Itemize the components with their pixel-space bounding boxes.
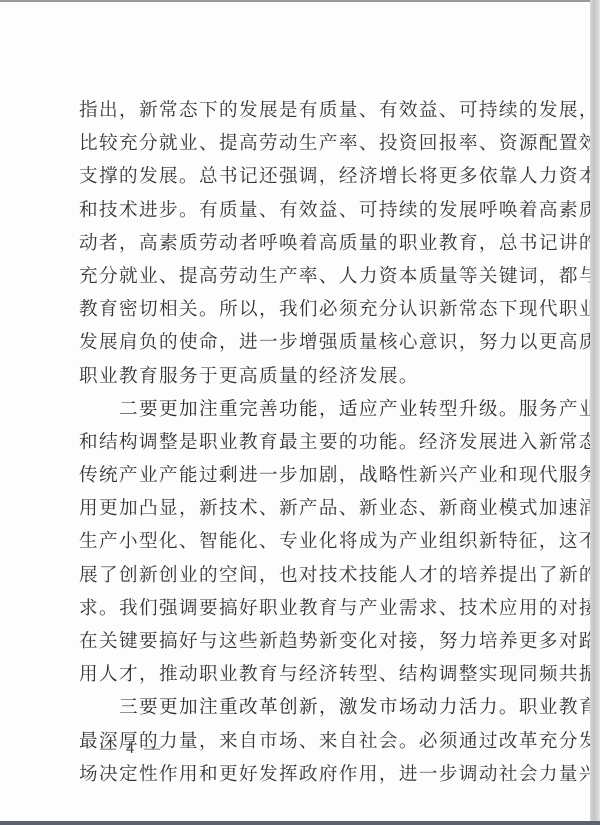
page-number: — 4 — [100, 740, 163, 758]
text-line: 充分就业、提高劳动生产率、人力资本质量等关键词，都与职业 [79, 260, 499, 293]
text-line: 用人才，推动职业教育与经济转型、结构调整实现同频共振。 [79, 658, 499, 691]
text-line: 和技术进步。有质量、有效益、可持续的发展呼唤着高素质的劳 [79, 194, 499, 227]
text-line: 用更加凸显，新技术、新产品、新业态、新商业模式加速涌现， [79, 492, 499, 525]
text-line: 场决定性作用和更好发挥政府作用，进一步调动社会力量兴办职 [79, 758, 499, 791]
text-line: 指出，新常态下的发展是有质量、有效益、可持续的发展，是以 [79, 94, 499, 127]
scan-top-edge [0, 0, 600, 2]
paragraph-first-line: 二要更加注重完善功能，适应产业转型升级。服务产业发展 [79, 393, 499, 426]
text-line: 求。我们强调要搞好职业教育与产业需求、技术应用的对接，现 [79, 592, 499, 625]
text-line: 展了创新创业的空间，也对技术技能人才的培养提出了新的要 [79, 559, 499, 592]
text-run: 职业教育发展 [519, 697, 600, 718]
text-line: 在关键要搞好与这些新趋势新变化对接，努力培养更多对路的实 [79, 625, 499, 658]
text-line: 教育密切相关。所以，我们必须充分认识新常态下现代职业教育 [79, 293, 499, 326]
text-line: 支撑的发展。总书记还强调，经济增长将更多依靠人力资本质量 [79, 160, 499, 193]
text-line: 和结构调整是职业教育最主要的功能。经济发展进入新常态后， [79, 426, 499, 459]
text-line: 比较充分就业、提高劳动生产率、投资回报率、资源配置效率为 [79, 127, 499, 160]
paragraph-lead-sentence: 三要更加注重改革创新，激发市场动力活力。 [119, 697, 519, 718]
text-line: 动者，高素质劳动者呼唤着高质量的职业教育，总书记讲的比较 [79, 227, 499, 260]
paragraph-first-line: 三要更加注重改革创新，激发市场动力活力。职业教育发展 [79, 691, 499, 724]
document-page: 指出，新常态下的发展是有质量、有效益、可持续的发展，是以 比较充分就业、提高劳动… [0, 0, 590, 821]
scan-bottom-edge [0, 821, 600, 825]
paragraph-lead-sentence: 二要更加注重完善功能，适应产业转型升级。 [119, 399, 519, 420]
text-line: 传统产业产能过剩进一步加剧，战略性新兴产业和现代服务业作 [79, 459, 499, 492]
text-line: 职业教育服务于更高质量的经济发展。 [79, 360, 499, 393]
text-line: 生产小型化、智能化、专业化将成为产业组织新特征，这不仅拓 [79, 525, 499, 558]
scan-right-edge [590, 0, 600, 825]
document-body: 指出，新常态下的发展是有质量、有效益、可持续的发展，是以 比较充分就业、提高劳动… [79, 94, 499, 791]
text-line: 发展肩负的使命，进一步增强质量核心意识，努力以更高质量的 [79, 326, 499, 359]
text-run: 服务产业发展 [519, 399, 600, 420]
